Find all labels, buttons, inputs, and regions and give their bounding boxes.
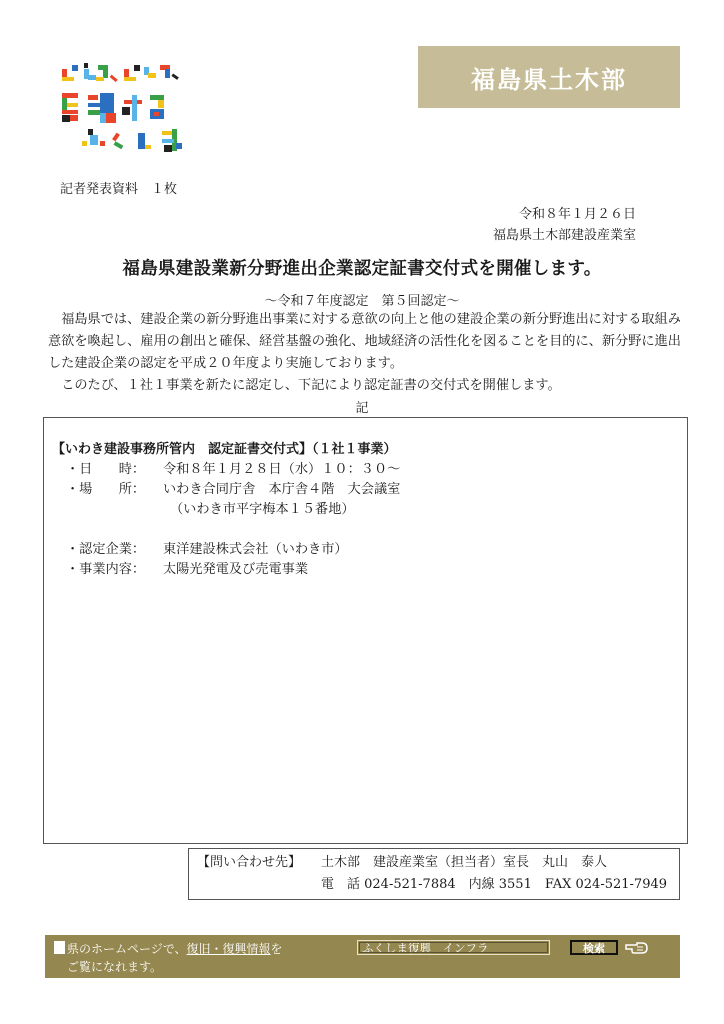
detail-value: いわき合同庁舎 本庁舎４階 大会議室	[163, 482, 400, 497]
recovery-info-link[interactable]: 復旧・復興情報	[187, 942, 271, 956]
body-text: 福島県では、建設企業の新分野進出事業に対する意欲の向上と他の建設企業の新分野進出…	[48, 309, 684, 397]
spacer	[52, 520, 400, 540]
issuing-office: 福島県土木部建設産業室	[493, 224, 636, 243]
subtitle: 〜令和７年度認定 第５回認定〜	[0, 290, 724, 309]
detail-value: 令和８年１月２８日（水）１０：３０〜	[163, 462, 400, 477]
detail-datetime: ・日 時：令和８年１月２８日（水）１０：３０〜	[52, 460, 400, 480]
footer-banner: 県のホームページで、復旧・復興情報を ご覧になれます。 ふくしま復興 インフラ …	[45, 935, 680, 978]
body-paragraph-1: 福島県では、建設企業の新分野進出事業に対する意欲の向上と他の建設企業の新分野進出…	[48, 309, 684, 375]
detail-label: ・認定企業：	[66, 540, 163, 560]
detail-company: ・認定企業：東洋建設株式会社（いわき市）	[52, 540, 400, 560]
contact-person: 土木部 建設産業室（担当者）室長 丸山 泰人	[321, 852, 607, 874]
search-input[interactable]: ふくしま復興 インフラ	[357, 940, 550, 955]
detail-business: ・事業内容：太陽光発電及び売電事業	[52, 560, 400, 580]
page-title: 福島県建設業新分野進出企業認定証書交付式を開催します。	[0, 255, 724, 280]
footer-text-before: 県のホームページで、	[67, 942, 187, 956]
hitotsu-hitotsu-logo	[58, 55, 208, 165]
detail-location-address: （いわき市平字梅本１５番地）	[52, 500, 400, 520]
contact-phone: 電 話 024-521-7884 内線 3551 FAX 024-521-794…	[321, 874, 667, 896]
detail-label: ・日 時：	[66, 460, 163, 480]
release-date: 令和８年１月２６日	[519, 203, 636, 222]
logo-graphic	[58, 55, 208, 165]
contact-label: 【問い合わせ先】	[197, 852, 301, 874]
department-badge: 福島県土木部	[418, 46, 680, 108]
detail-value: 太陽光発電及び売電事業	[163, 562, 308, 577]
details-heading: 【いわき建設事務所管内 認定証書交付式】（１社１事業）	[52, 440, 400, 460]
footer-text-after: を	[271, 942, 283, 956]
detail-location: ・場 所：いわき合同庁舎 本庁舎４階 大会議室	[52, 480, 400, 500]
pointing-hand-icon	[625, 940, 649, 954]
contact-box: 【問い合わせ先】 土木部 建設産業室（担当者）室長 丸山 泰人 電 話 024-…	[188, 848, 680, 900]
body-paragraph-2: このたび、１社１事業を新たに認定し、下記により認定証書の交付式を開催します。	[48, 375, 684, 397]
footer-text-line1: 県のホームページで、復旧・復興情報を	[67, 940, 283, 957]
ki-marker: 記	[0, 397, 724, 416]
footer-text-line2: ご覧になれます。	[67, 958, 162, 975]
search-button[interactable]: 検索	[570, 940, 618, 955]
press-release-label: 記者発表資料 １枚	[60, 178, 177, 197]
details-box: 【いわき建設事務所管内 認定証書交付式】（１社１事業） ・日 時：令和８年１月２…	[43, 417, 688, 844]
detail-label: ・事業内容：	[66, 560, 163, 580]
detail-label: ・場 所：	[66, 480, 163, 500]
square-bullet-icon	[54, 941, 65, 954]
detail-value: 東洋建設株式会社（いわき市）	[163, 542, 348, 557]
details-content: 【いわき建設事務所管内 認定証書交付式】（１社１事業） ・日 時：令和８年１月２…	[52, 440, 400, 580]
